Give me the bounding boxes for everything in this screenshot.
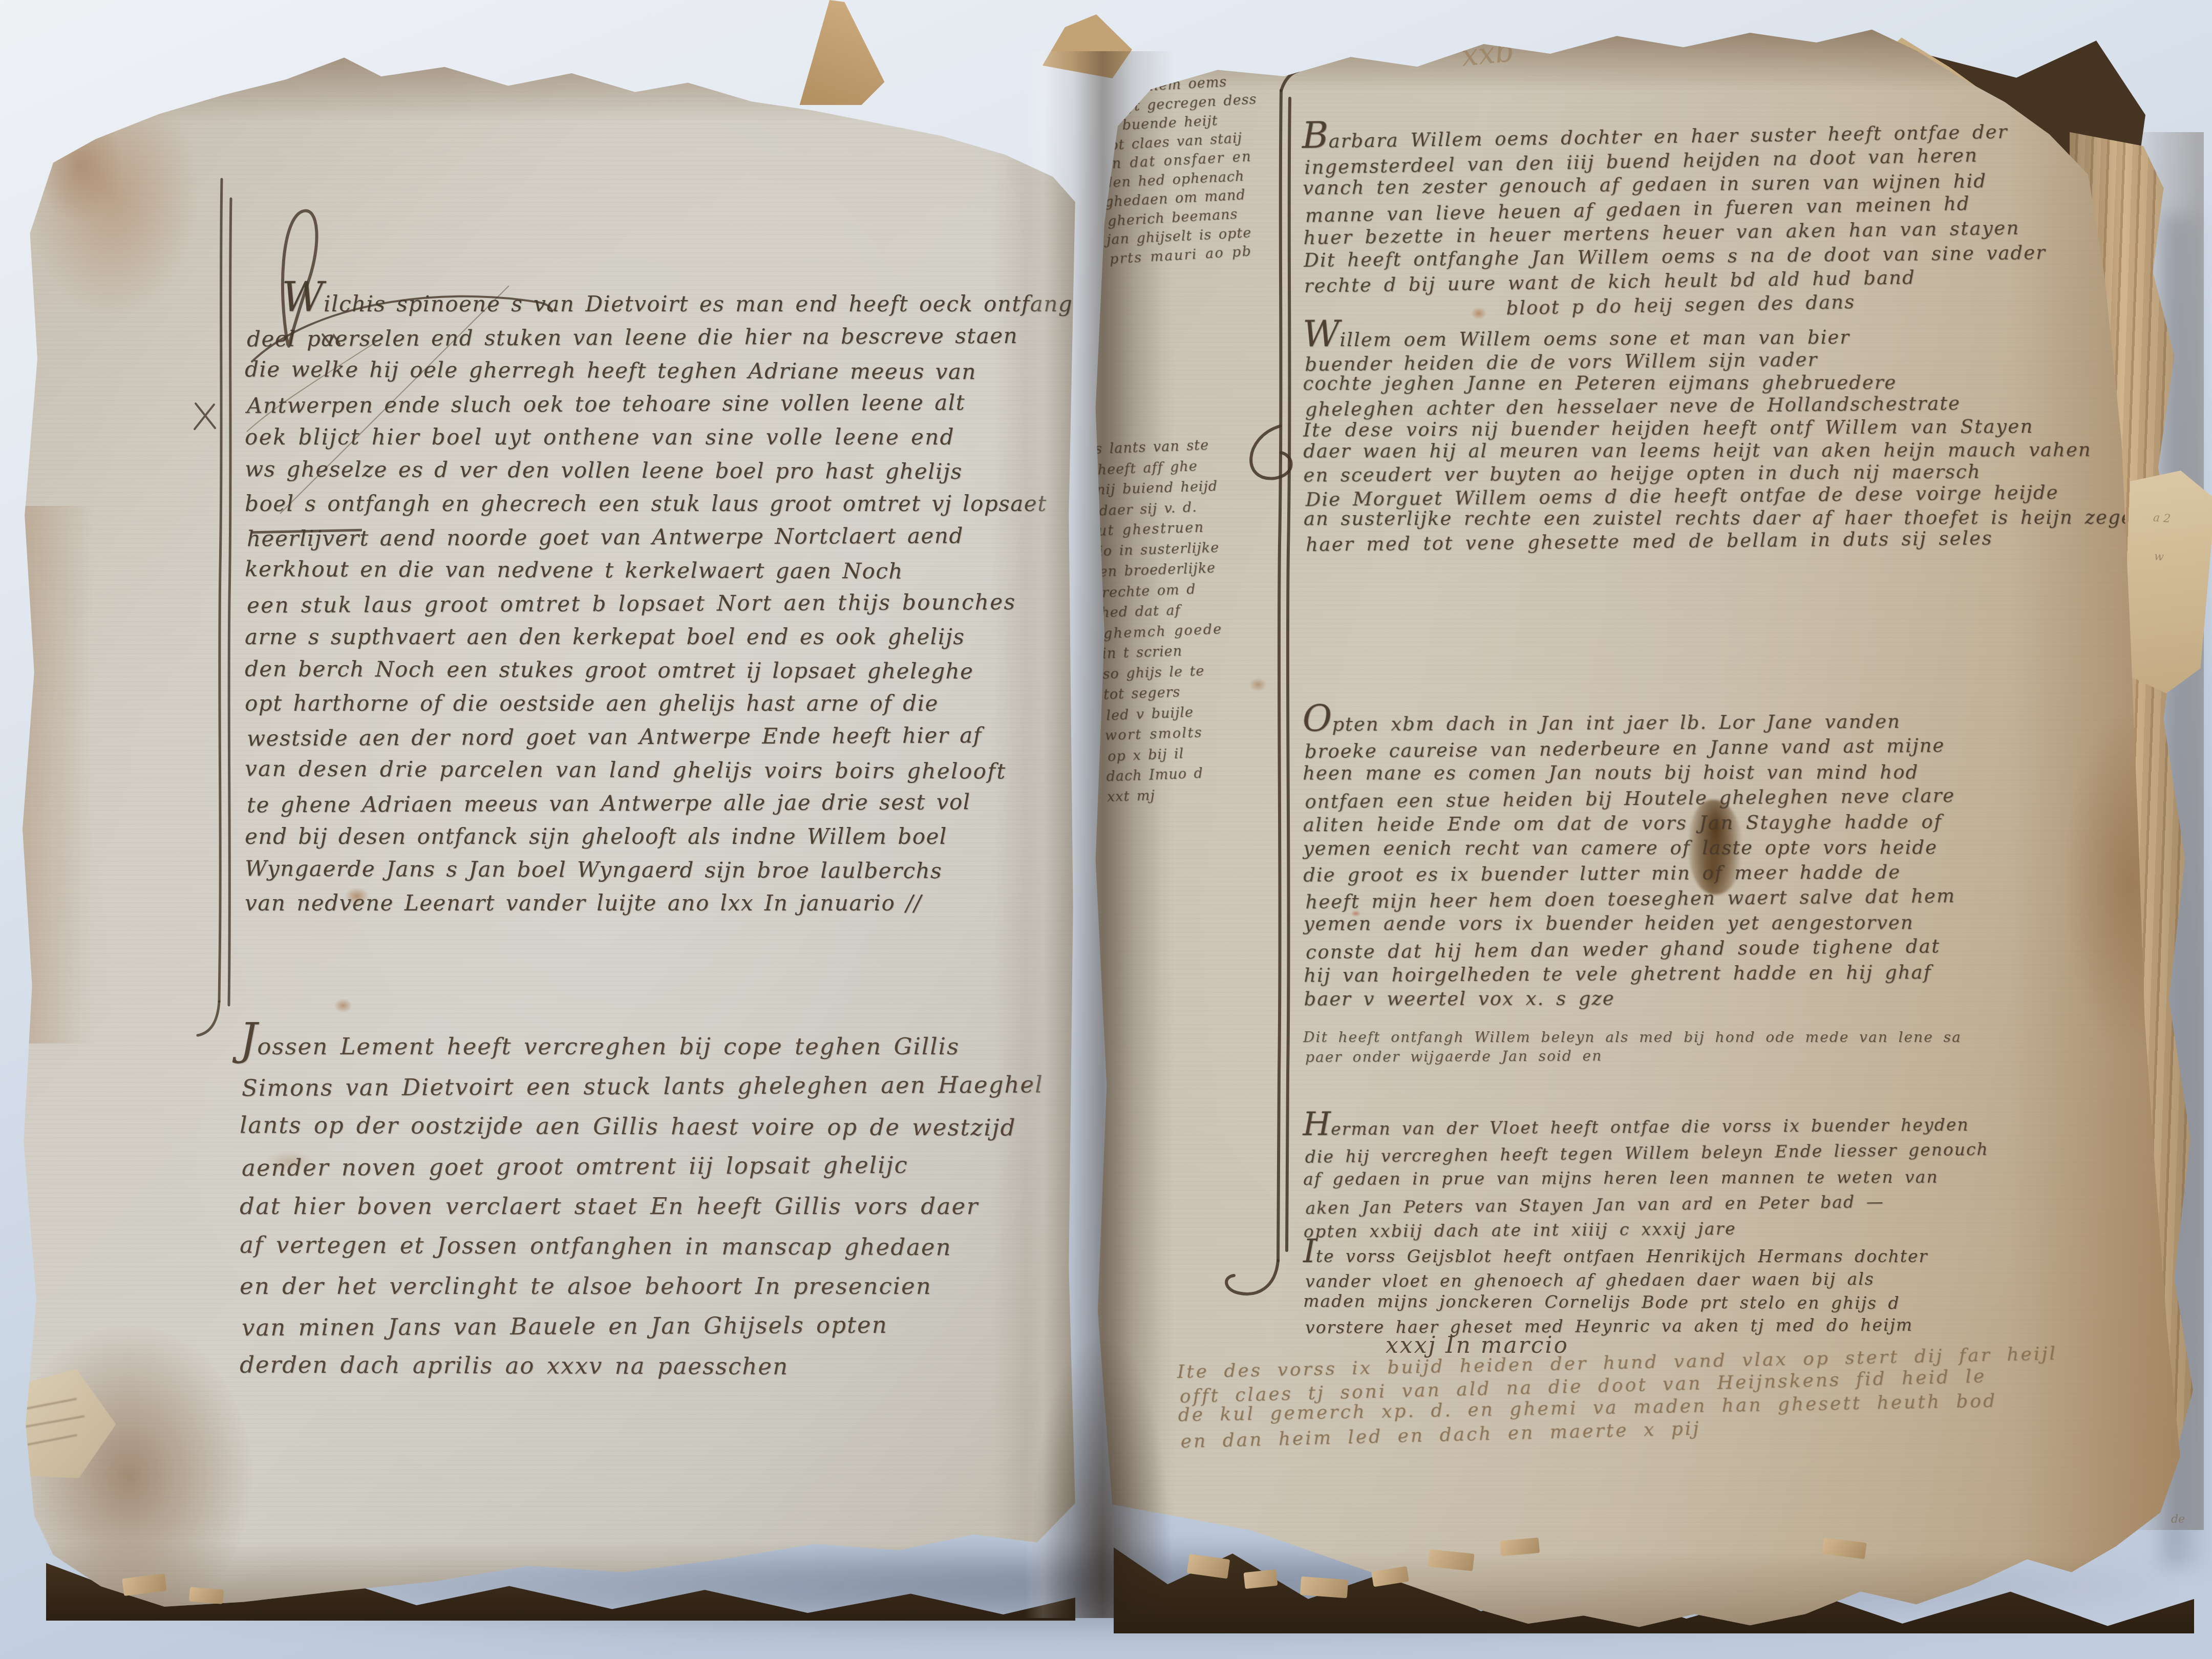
scrap-writing-line <box>22 1434 77 1447</box>
manuscript-line: Simons van Dietvoirt een stuck lants ghe… <box>242 1065 1010 1109</box>
fore-edge-mark-3: de <box>2171 1513 2185 1526</box>
manuscript-line: maden mijns jonckeren Cornelijs Bode prt… <box>1303 1289 2174 1315</box>
protruding-page-flap <box>2119 468 2212 695</box>
manuscript-line: kerkhout en die van nedvene t kerkelwaer… <box>245 552 1044 588</box>
manuscript-line: lants op der oostzijde aen Gillis haest … <box>240 1105 1008 1147</box>
manuscript-line: derden dach aprilis ao xxxv na paesschen <box>240 1345 1008 1387</box>
paper-crumb <box>1300 1577 1348 1598</box>
paper-crumb <box>1244 1569 1278 1589</box>
right-paragraph-3: Opten xbm dach in Jan int jaer lb. Lor J… <box>1302 701 2174 1013</box>
manuscript-line: daer waen hij al meuren van leems heijt … <box>1303 439 2174 463</box>
stain-top-left-core <box>36 105 123 223</box>
right-paragraph-1: Barbara Willem oems dochter en haer sust… <box>1302 111 2175 322</box>
torn-page-fragment-top-left <box>792 0 891 105</box>
stain-spot-2 <box>334 998 352 1013</box>
manuscript-line: end bij desen ontfanck sijn ghelooft als… <box>245 820 1044 853</box>
manuscript-line: af vertegen et Jossen ontfanghen in mans… <box>240 1225 1008 1267</box>
right-page: xxb Jan Willem oemsheeft gecregen dessii… <box>1084 22 2194 1633</box>
left-paragraph-2: Jossen Lement heeft vercreghen bij cope … <box>240 1024 1008 1386</box>
manuscript-line: Dit heeft ontfangh Willem beleyn als med… <box>1303 1028 2194 1046</box>
manuscript-line: een stuk laus groot omtret b lopsaet Nor… <box>247 585 1046 622</box>
manuscript-line: van minen Jans van Bauele en Jan Ghijsel… <box>242 1305 1010 1348</box>
right-paragraph-5: Herman van der Vloet heeft ontfae die vo… <box>1303 1107 2174 1245</box>
manuscript-line: heerlijvert aend noorde goet van Antwerp… <box>247 519 1046 556</box>
manuscript-line: westside aen der nord goet van Antwerpe … <box>247 718 1046 755</box>
manuscript-line: baer v weertel vox x. s gze <box>1304 985 2174 1012</box>
manuscript-line: dat hier boven verclaert staet En heeft … <box>240 1186 1008 1226</box>
manuscript-line: paer onder wijgaerde Jan soid en <box>1305 1044 2194 1066</box>
right-paragraph-4: Dit heeft ontfangh Willem beleyn als med… <box>1303 1028 2194 1064</box>
left-page: Wilchis spinoene s van Dietvoirt es man … <box>22 45 1079 1613</box>
paper-crumb <box>189 1587 224 1604</box>
manuscript-line: Wilchis spinoene s van Dietvoirt es man … <box>245 283 1044 321</box>
folio-mark: xxb <box>1460 33 1516 73</box>
manuscript-line: boel s ontfangh en ghecrech een stuk lau… <box>245 487 1044 520</box>
manuscript-line: Antwerpen ende sluch oek toe tehoare sin… <box>247 386 1046 422</box>
scrap-writing-line <box>22 1398 77 1412</box>
manuscript-line: arne s supthvaert aen den kerkepat boel … <box>245 620 1044 653</box>
manuscript-line: Ite vorss Geijsblot heeft ontfaen Henrik… <box>1303 1240 2174 1268</box>
manuscript-line: vander vloet en ghenoech af ghedaen daer… <box>1305 1266 2176 1292</box>
fore-edge-mark-2: w <box>2154 550 2164 564</box>
manuscript-line: den berch Noch een stukes groot omtret i… <box>245 652 1044 688</box>
right-paragraph-2: Willem oem Willem oems sone et man van b… <box>1303 317 2174 555</box>
scrap-writing-line <box>22 1415 84 1429</box>
left-paragraph-1: Wilchis spinoene s van Dietvoirt es man … <box>245 283 1044 920</box>
manuscript-line: yemen eenich recht van camere of laste o… <box>1303 835 2174 861</box>
manuscript-line: Jossen Lement heeft vercreghen bij cope … <box>240 1024 1008 1067</box>
manuscript-line: Wyngaerde Jans s Jan boel Wyngaerd sijn … <box>245 852 1044 887</box>
manuscript-line: oek blijct hier boel uyt onthene van sin… <box>245 420 1044 454</box>
manuscript-line: ws gheselze es d ver den vollen leene bo… <box>245 452 1044 488</box>
manuscript-line: die welke hij oele gherregh heeft teghen… <box>245 352 1044 388</box>
fore-edge-mark-1: a 2 <box>2153 512 2171 525</box>
manuscript-line: deel paerselen end stuken van leene die … <box>247 319 1046 356</box>
manuscript-line: aender noven goet groot omtrent iij lops… <box>242 1145 1010 1188</box>
manuscript-line: van nedvene Leenart vander luijte ano lx… <box>245 886 1044 920</box>
right-paragraph-6: Ite vorss Geijsblot heeft ontfaen Henrik… <box>1303 1240 2174 1337</box>
binding-gutter-bottom-shadow <box>1029 1331 1173 1618</box>
manuscript-line: te ghene Adriaen meeus van Antwerpe alle… <box>247 785 1046 822</box>
manuscript-line: van desen drie parcelen van land ghelijs… <box>245 752 1044 788</box>
manuscript-line: en der het verclinght te alsoe behoort I… <box>240 1266 1008 1306</box>
manuscript-photo: a 2 w de <box>0 0 2212 1659</box>
manuscript-line: opt harthorne of die oestside aen ghelij… <box>245 687 1044 720</box>
